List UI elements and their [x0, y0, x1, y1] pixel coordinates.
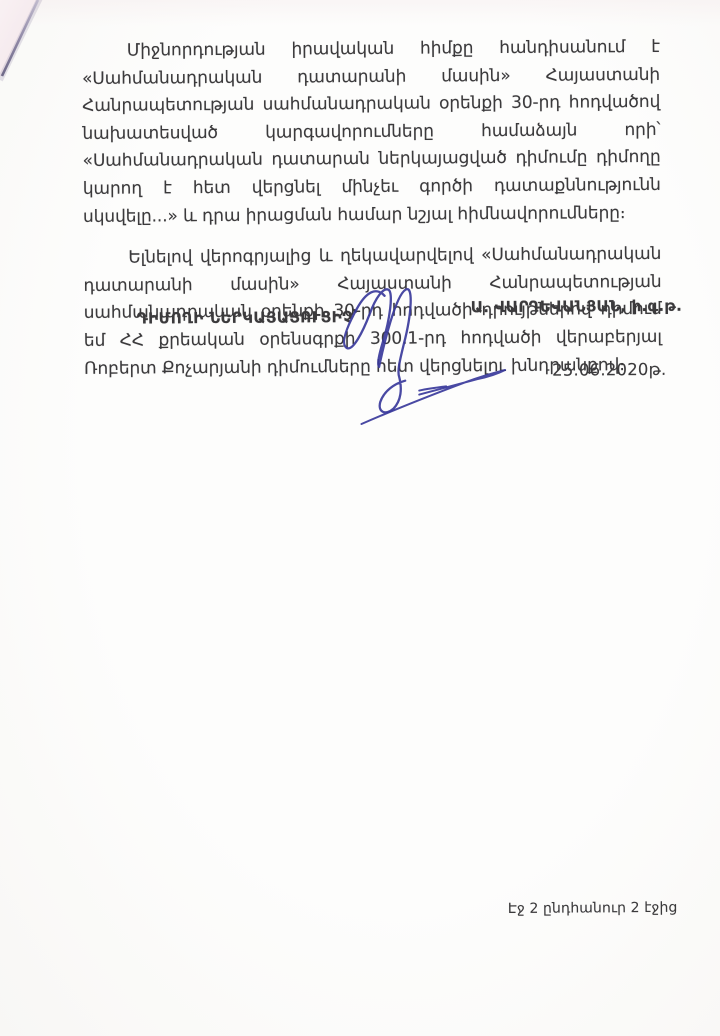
handwritten-signature — [326, 283, 511, 430]
signature-ink-strokes — [326, 283, 511, 430]
page-number-note: Էջ 2 ընդհանուր 2 էջից — [508, 900, 678, 917]
paragraph-legal-basis: Միջնորդության իրավական հիմքը հանդիսանում… — [82, 34, 661, 231]
signature-role-label: ԴԻՄՈՂԻ ՆԵՐԿԱՅԱՑՈՒՑԻՉ՝ — [137, 308, 358, 328]
scanned-document-page: Միջնորդության իրավական հիմքը հանդիսանում… — [0, 0, 720, 1036]
document-date: 25.06.2020թ. — [552, 360, 666, 380]
document-content: Միջնորդության իրավական հիմքը հանդիսանում… — [0, 0, 720, 1036]
